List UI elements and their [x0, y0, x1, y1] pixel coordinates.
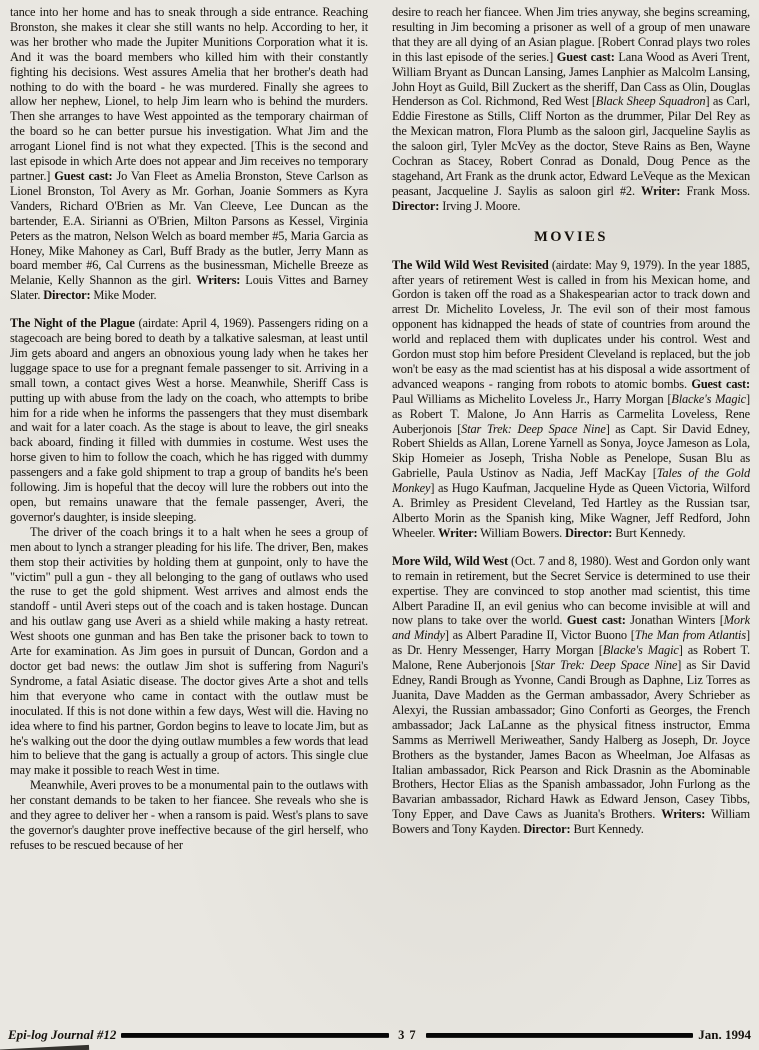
paragraph: The driver of the coach brings it to a h… [10, 525, 368, 778]
text-run: Guest cast: [567, 613, 626, 627]
text-run: ] as Albert Paradine II, Victor Buono [ [445, 628, 635, 642]
text-run: Jonathan Winters [ [626, 613, 724, 627]
magazine-page: tance into her home and has to sneak thr… [0, 0, 759, 1050]
paragraph: The Night of the Plague (airdate: April … [10, 316, 368, 525]
text-run: Frank Moss. [680, 184, 750, 198]
text-run: Writer: [438, 526, 477, 540]
text-run: Burt Kennedy. [612, 526, 685, 540]
text-run: The Wild Wild West Revisited [392, 258, 549, 272]
text-run: Guest cast: [557, 50, 615, 64]
page-number: 37 [394, 1028, 421, 1043]
text-run: The Man from Atlantis [635, 628, 746, 642]
text-run: Star Trek: Deep Space Nine [461, 422, 606, 436]
text-run: Irving J. Moore. [439, 199, 520, 213]
text-run: Writers: [661, 807, 705, 821]
section-heading-movies: MOVIES [392, 230, 750, 245]
text-run: Black Sheep Squadron [596, 94, 706, 108]
text-run: tance into her home and has to sneak thr… [10, 5, 368, 183]
left-column: tance into her home and has to sneak thr… [10, 5, 368, 1015]
paragraph: The Wild Wild West Revisited (airdate: M… [392, 258, 750, 541]
scan-artifact [0, 1045, 89, 1050]
page-footer: Epi-log Journal #12 37 Jan. 1994 [8, 1027, 751, 1043]
journal-title: Epi-log Journal #12 [8, 1027, 116, 1043]
text-run: More Wild, Wild West [392, 554, 508, 568]
text-run: Paul Williams as Michelito Loveless Jr.,… [392, 392, 671, 406]
paragraph: Meanwhile, Averi proves to be a monument… [10, 778, 368, 853]
text-run: Star Trek: Deep Space Nine [535, 658, 677, 672]
text-run: Burt Kennedy. [571, 822, 644, 836]
right-column: desire to reach her fiancee. When Jim tr… [392, 5, 750, 1015]
footer-rule-right [426, 1033, 694, 1038]
text-run: Writers: [196, 273, 240, 287]
text-run: Jo Van Fleet as Amelia Bronston, Steve C… [10, 169, 368, 287]
paragraph: desire to reach her fiancee. When Jim tr… [392, 5, 750, 214]
text-columns: tance into her home and has to sneak thr… [10, 5, 750, 1015]
text-run: (airdate: April 4, 1969). Passengers rid… [10, 316, 368, 524]
text-run: Writer: [641, 184, 680, 198]
text-run: Director: [43, 288, 90, 302]
text-run: Blacke's Magic [603, 643, 679, 657]
text-run: Guest cast: [691, 377, 750, 391]
text-run: The Night of the Plague [10, 316, 135, 330]
text-run: William Bowers. [477, 526, 565, 540]
text-run: Meanwhile, Averi proves to be a monument… [10, 778, 368, 852]
text-run: Blacke's Magic [671, 392, 746, 406]
text-run: Director: [565, 526, 612, 540]
text-run: Director: [523, 822, 570, 836]
text-run: ] as Sir David Edney, Randi Brough as Yv… [392, 658, 750, 821]
paragraph: tance into her home and has to sneak thr… [10, 5, 368, 303]
text-run: Director: [392, 199, 439, 213]
text-run: Guest cast: [54, 169, 112, 183]
text-run: ] as Carl, Eddie Firestone as Stills, Cl… [392, 94, 750, 197]
footer-rule-left [121, 1033, 389, 1038]
text-run: The driver of the coach brings it to a h… [10, 525, 368, 778]
paragraph: More Wild, Wild West (Oct. 7 and 8, 1980… [392, 554, 750, 837]
text-run: Mike Moder. [90, 288, 156, 302]
text-run: (airdate: May 9, 1979). In the year 1885… [392, 258, 750, 391]
issue-date: Jan. 1994 [698, 1027, 751, 1043]
